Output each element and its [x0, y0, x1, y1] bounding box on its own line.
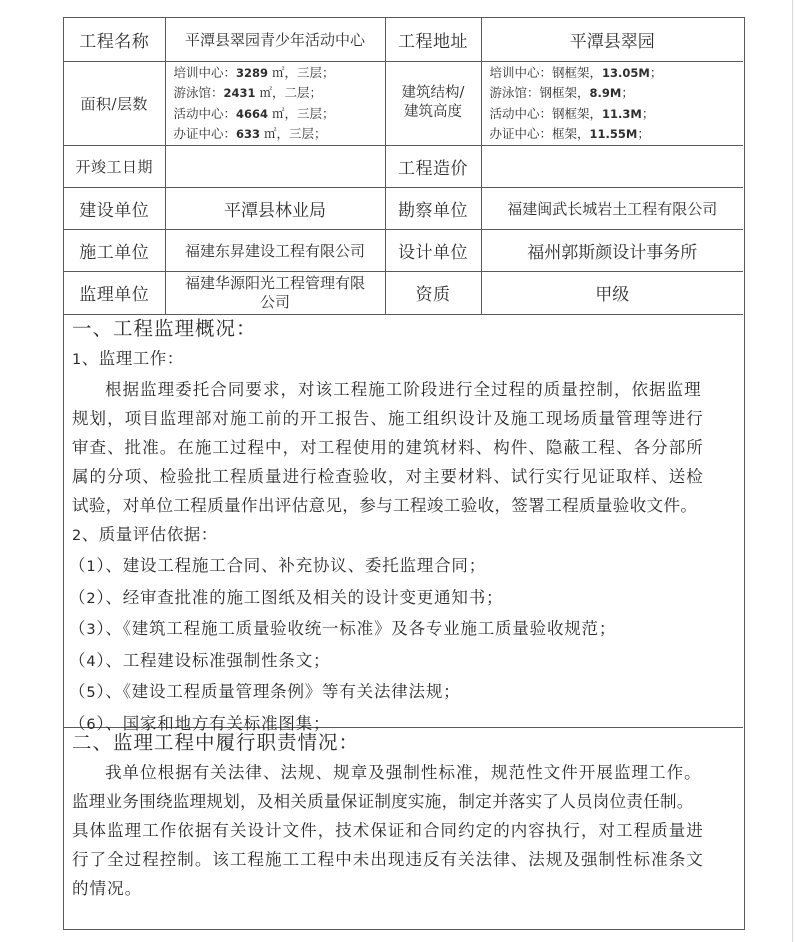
row-owner-survey: 建设单位 平潭县林业局 勘察单位 福建闽武长城岩土工程有限公司: [64, 187, 743, 229]
label-start-finish-date: 开竣工日期: [64, 145, 165, 187]
value-project-address: 平潭县翠园: [481, 18, 743, 61]
area-line-certificate-center: 办证中心：633 ㎡，三层；: [174, 124, 385, 145]
section2-heading: 二、监理工程中履行职责情况：: [72, 728, 737, 758]
page-edge-line: [792, 0, 793, 942]
structure-line-training-center: 培训中心：钢框架，13.05M；: [490, 63, 744, 84]
list-item: （4）、工程建设标准强制性条文；: [69, 646, 737, 678]
label-contractor-unit: 施工单位: [64, 229, 165, 271]
value-project-name: 平潭县翠园青少年活动中心: [165, 18, 385, 61]
value-supervision-unit: 福建华源阳光工程管理有限 公司: [165, 271, 385, 314]
structure-line-activity-center: 活动中心：钢框架，11.3M；: [490, 104, 744, 125]
list-item: （2）、经审查批准的施工图纸及相关的设计变更通知书；: [69, 583, 737, 615]
label-project-cost: 工程造价: [385, 145, 481, 187]
structure-line-natatorium: 游泳馆：钢框架，8.9M；: [490, 83, 744, 104]
subsection-quality-basis: 2、质量评估依据：: [72, 520, 737, 551]
value-area-floors: 培训中心：3289 ㎡，三层； 游泳馆：2431 ㎡，二层； 活动中心：4664…: [165, 61, 385, 145]
label-owner-unit: 建设单位: [64, 187, 165, 229]
label-project-name: 工程名称: [64, 18, 165, 61]
value-contractor-unit: 福建东昇建设工程有限公司: [165, 229, 385, 271]
value-survey-unit: 福建闽武长城岩土工程有限公司: [481, 187, 743, 229]
structure-line-certificate-center: 办证中心：框架，11.55M；: [490, 124, 744, 145]
section-supervision-overview: 一、工程监理概况： 1、监理工作： 根据监理委托合同要求，对该工程施工阶段进行全…: [64, 314, 743, 728]
value-project-cost: [481, 145, 743, 187]
value-qualification: 甲级: [481, 271, 743, 314]
label-design-unit: 设计单位: [385, 229, 481, 271]
project-info-table: 工程名称 平潭县翠园青少年活动中心 工程地址 平潭县翠园 面积/层数 培训中心：…: [64, 18, 743, 315]
supervision-report-sheet: 工程名称 平潭县翠园青少年活动中心 工程地址 平潭县翠园 面积/层数 培训中心：…: [63, 17, 745, 930]
supervision-work-paragraph: 根据监理委托合同要求，对该工程施工阶段进行全过程的质量控制，依据监理 规划，项目…: [72, 375, 737, 520]
value-start-finish-date: [165, 145, 385, 187]
value-design-unit: 福州郭斯颜设计事务所: [481, 229, 743, 271]
label-survey-unit: 勘察单位: [385, 187, 481, 229]
row-area-floors: 面积/层数 培训中心：3289 ㎡，三层； 游泳馆：2431 ㎡，二层； 活动中…: [64, 61, 743, 145]
quality-basis-list: （1）、建设工程施工合同、补充协议、委托监理合同； （2）、经审查批准的施工图纸…: [72, 551, 737, 740]
value-structure-height: 培训中心：钢框架，13.05M； 游泳馆：钢框架，8.9M； 活动中心：钢框架，…: [481, 61, 743, 145]
area-line-activity-center: 活动中心：4664 ㎡，三层；: [174, 104, 385, 125]
area-line-natatorium: 游泳馆：2431 ㎡，二层；: [174, 83, 385, 104]
subsection-supervision-work: 1、监理工作：: [72, 344, 737, 375]
list-item: （3）、《建筑工程施工质量验收统一标准》及各专业施工质量验收规范；: [69, 614, 737, 646]
label-structure-height: 建筑结构/ 建筑高度: [385, 61, 481, 145]
row-contractor-design: 施工单位 福建东昇建设工程有限公司 设计单位 福州郭斯颜设计事务所: [64, 229, 743, 271]
row-supervisor-qualification: 监理单位 福建华源阳光工程管理有限 公司 资质 甲级: [64, 271, 743, 314]
section-duty-performance: 二、监理工程中履行职责情况： 我单位根据有关法律、法规、规章及强制性标准，规范性…: [64, 728, 743, 928]
label-area-floors: 面积/层数: [64, 61, 165, 145]
value-owner-unit: 平潭县林业局: [165, 187, 385, 229]
row-project-name: 工程名称 平潭县翠园青少年活动中心 工程地址 平潭县翠园: [64, 18, 743, 61]
area-line-training-center: 培训中心：3289 ㎡，三层；: [174, 63, 385, 84]
row-start-finish-date: 开竣工日期 工程造价: [64, 145, 743, 187]
duty-performance-paragraph: 我单位根据有关法律、法规、规章及强制性标准，规范性文件开展监理工作。 监理业务围…: [72, 758, 737, 903]
label-qualification: 资质: [385, 271, 481, 314]
list-item: （5）、《建设工程质量管理条例》等有关法律法规；: [69, 677, 737, 709]
label-project-address: 工程地址: [385, 18, 481, 61]
list-item: （1）、建设工程施工合同、补充协议、委托监理合同；: [69, 551, 737, 583]
label-supervision-unit: 监理单位: [64, 271, 165, 314]
section1-heading: 一、工程监理概况：: [72, 314, 737, 344]
